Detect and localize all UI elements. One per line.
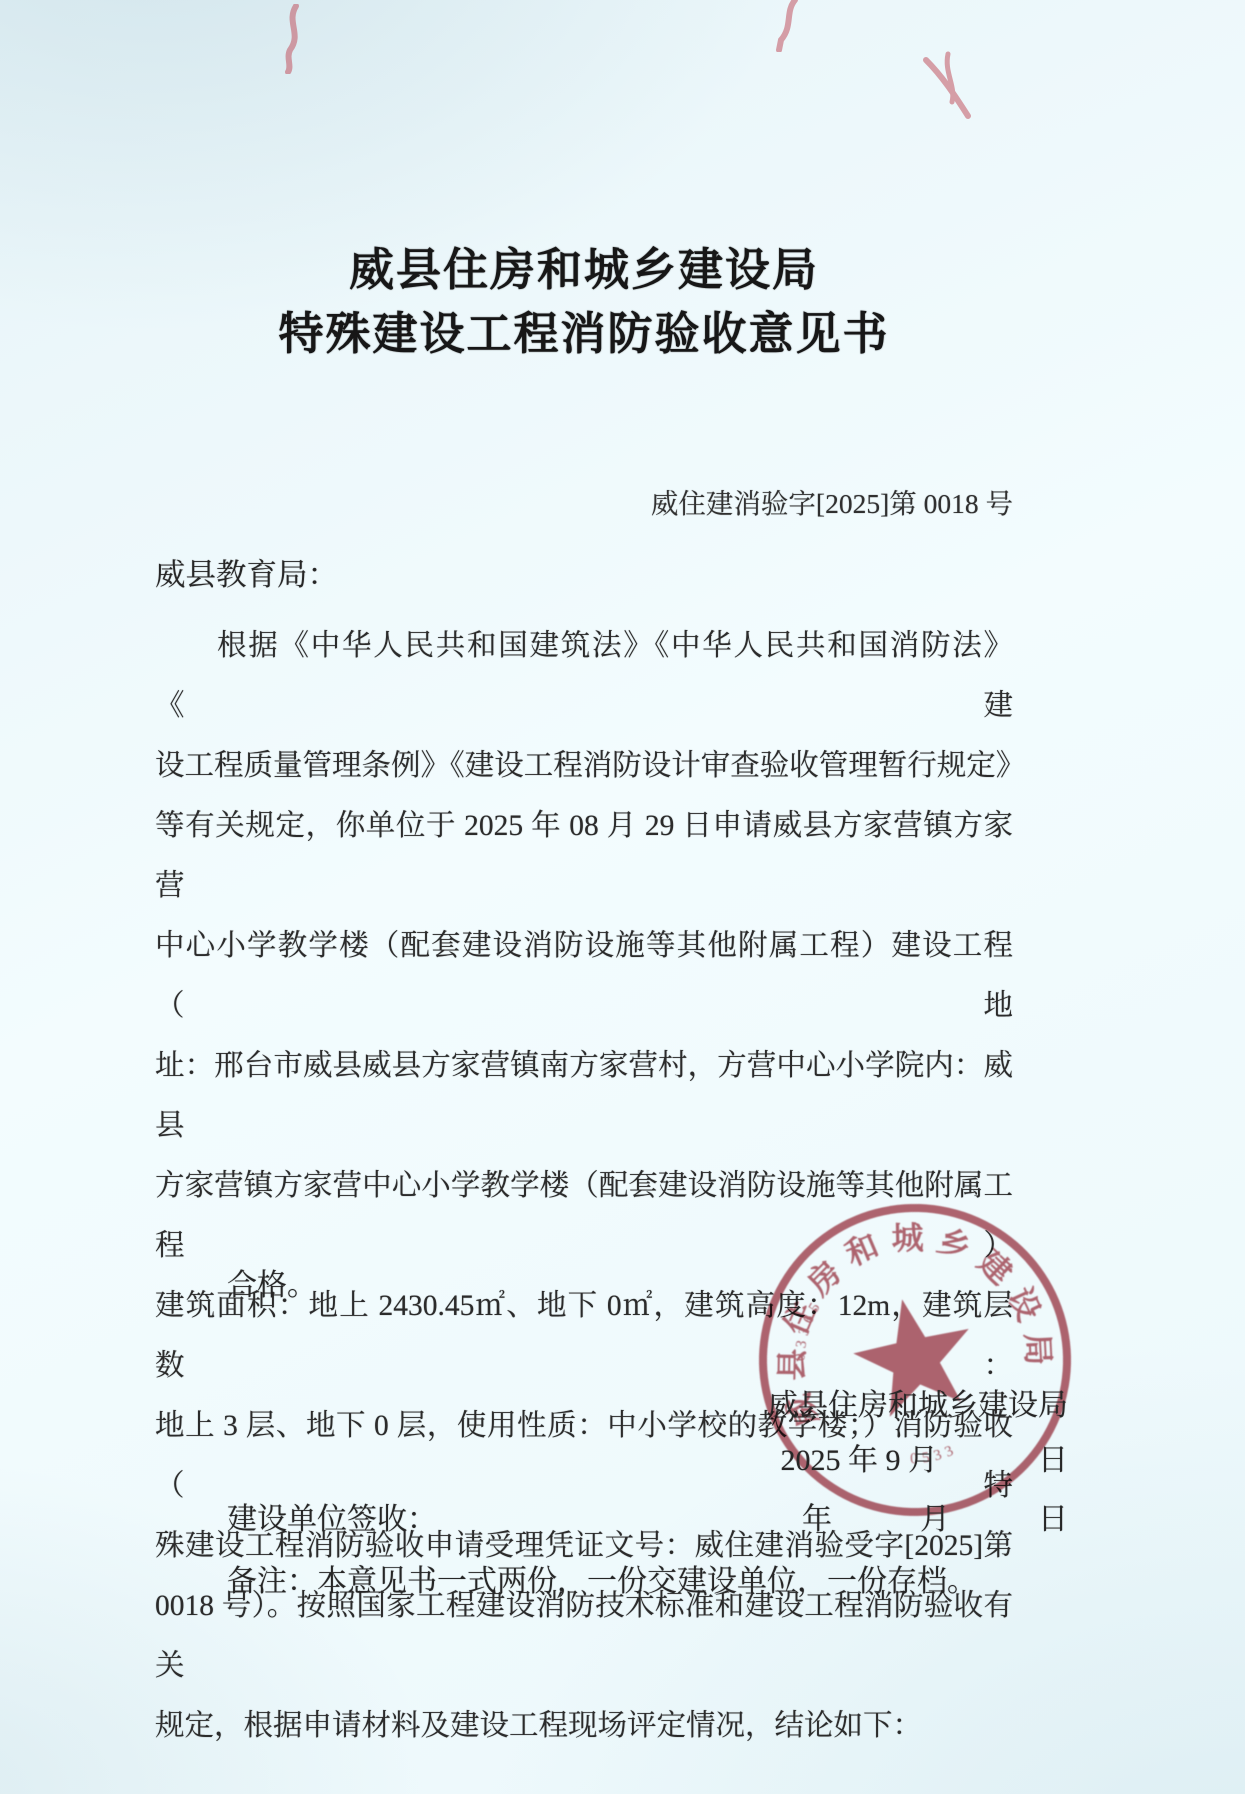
body-line: 规定，根据申请材料及建设工程现场评定情况，结论如下： (155, 1696, 1013, 1756)
sign-label: 建设单位签收： (155, 1494, 437, 1538)
ink-mark (276, 4, 312, 74)
blank-date-line: 年 月 日 (802, 1494, 1068, 1538)
blank-year: 年 (802, 1494, 832, 1538)
blank-day: 日 (1038, 1494, 1068, 1538)
body-line: 等有关规定，你单位于 2025 年 08 月 29 日申请威县方家营镇方家营 (155, 796, 1013, 916)
signature-row: 建设单位签收： 年 月 日 (155, 1494, 1068, 1538)
issue-date-suffix: 日 (1038, 1435, 1068, 1479)
title-line-1: 威县住房和城乡建设局 (155, 238, 1013, 302)
document-title: 威县住房和城乡建设局 特殊建设工程消防验收意见书 (155, 238, 1013, 366)
ink-mark (773, 0, 803, 52)
issue-date-prefix: 2025 年 9 月 (781, 1435, 939, 1479)
addressee: 威县教育局： (155, 550, 1013, 594)
scanned-document-page: 威县住房和城乡建设局 特殊建设工程消防验收意见书 威住建消验字[2025]第 0… (0, 0, 1245, 1794)
issue-date-line: 2025 年 9 月 日 (155, 1435, 1068, 1479)
ink-mark (918, 50, 974, 122)
document-number: 威住建消验字[2025]第 0018 号 (155, 481, 1013, 521)
blank-month: 月 (920, 1494, 950, 1538)
body-line: 址：邢台市威县威县方家营镇南方家营村，方营中心小学院内：威县 (155, 1036, 1013, 1156)
title-line-2: 特殊建设工程消防验收意见书 (155, 302, 1013, 366)
issuer-name: 威县住房和城乡建设局 (155, 1380, 1068, 1424)
body-line: 根据《中华人民共和国建筑法》《中华人民共和国消防法》《建 (155, 616, 1013, 736)
body-line: 中心小学教学楼（配套建设消防设施等其他附属工程）建设工程（地 (155, 916, 1013, 1036)
note-line: 备注：本意见书一式两份，一份交建设单位，一份存档。 (155, 1556, 1085, 1600)
body-line: 设工程质量管理条例》《建设工程消防设计审查验收管理暂行规定》 (155, 736, 1013, 796)
